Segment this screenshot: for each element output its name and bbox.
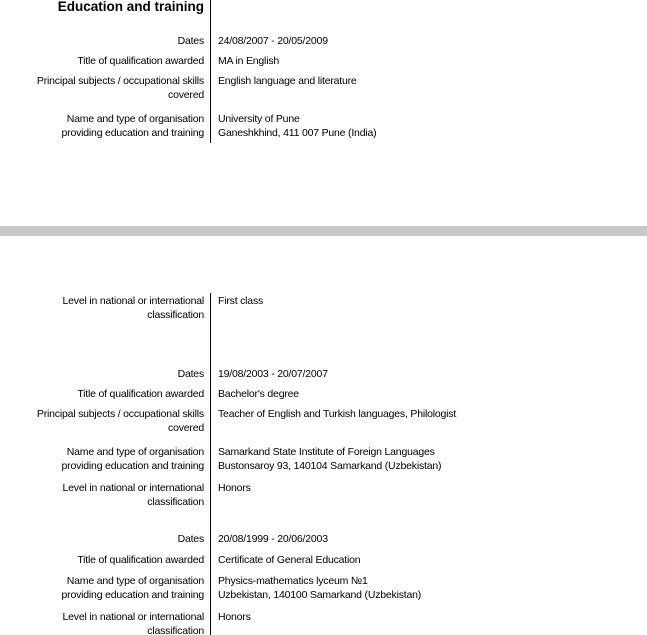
dates-value: 19/08/2003 - 20/07/2007 [218, 367, 638, 381]
org-label: Name and type of organisation providing … [0, 574, 204, 602]
title-value: Bachelor's degree [218, 387, 638, 401]
org-name: University of Pune [218, 112, 638, 126]
subjects-label: Principal subjects / occupational skills… [0, 74, 204, 102]
dates-label: Dates [0, 34, 204, 48]
level-label: Level in national or international class… [0, 294, 204, 322]
level-value: Honors [218, 610, 638, 624]
org-address: Ganeshkhind, 411 007 Pune (India) [218, 126, 638, 140]
title-label: Title of qualification awarded [0, 54, 204, 68]
dates-value: 24/08/2007 - 20/05/2009 [218, 34, 638, 48]
title-label: Title of qualification awarded [0, 387, 204, 401]
page-2: Level in national or international class… [0, 236, 647, 635]
org-label-line-1: Name and type of organisation [0, 574, 204, 588]
title-value: MA in English [218, 54, 638, 68]
org-value: University of Pune Ganeshkhind, 411 007 … [218, 112, 638, 140]
level-value: Honors [218, 481, 638, 495]
level-label-line-2: classification [0, 495, 204, 509]
org-name: Samarkand State Institute of Foreign Lan… [218, 445, 638, 459]
level-label-line-1: Level in national or international [0, 610, 204, 624]
dates-label: Dates [0, 367, 204, 381]
level-label-line-2: classification [0, 624, 204, 635]
page-1: Education and training Dates 24/08/2007 … [0, 0, 647, 226]
dates-label: Dates [0, 532, 204, 546]
org-label-line-1: Name and type of organisation [0, 445, 204, 459]
level-label: Level in national or international class… [0, 481, 204, 509]
subjects-label: Principal subjects / occupational skills… [0, 407, 204, 435]
column-divider [210, 0, 211, 143]
subjects-label-line-2: covered [0, 421, 204, 435]
org-value: Physics-mathematics lyceum №1 Uzbekistan… [218, 574, 638, 602]
org-label: Name and type of organisation providing … [0, 445, 204, 473]
page-break [0, 226, 647, 236]
org-name: Physics-mathematics lyceum №1 [218, 574, 638, 588]
level-label: Level in national or international class… [0, 610, 204, 635]
title-value: Certificate of General Education [218, 553, 638, 567]
section-title: Education and training [0, 0, 204, 15]
subjects-label-line-1: Principal subjects / occupational skills [0, 74, 204, 88]
level-label-line-1: Level in national or international [0, 294, 204, 308]
org-label: Name and type of organisation providing … [0, 112, 204, 140]
org-value: Samarkand State Institute of Foreign Lan… [218, 445, 638, 473]
org-address: Uzbekistan, 140100 Samarkand (Uzbekistan… [218, 588, 638, 602]
dates-value: 20/08/1999 - 20/06/2003 [218, 532, 638, 546]
org-label-line-1: Name and type of organisation [0, 112, 204, 126]
title-label: Title of qualification awarded [0, 553, 204, 567]
org-label-line-2: providing education and training [0, 588, 204, 602]
org-address: Bustonsaroy 93, 140104 Samarkand (Uzbeki… [218, 459, 638, 473]
subjects-label-line-2: covered [0, 88, 204, 102]
subjects-value: Teacher of English and Turkish languages… [218, 407, 638, 421]
org-label-line-2: providing education and training [0, 459, 204, 473]
level-value: First class [218, 294, 638, 308]
subjects-label-line-1: Principal subjects / occupational skills [0, 407, 204, 421]
subjects-value: English language and literature [218, 74, 638, 88]
level-label-line-1: Level in national or international [0, 481, 204, 495]
column-divider [210, 293, 211, 635]
org-label-line-2: providing education and training [0, 126, 204, 140]
level-label-line-2: classification [0, 308, 204, 322]
